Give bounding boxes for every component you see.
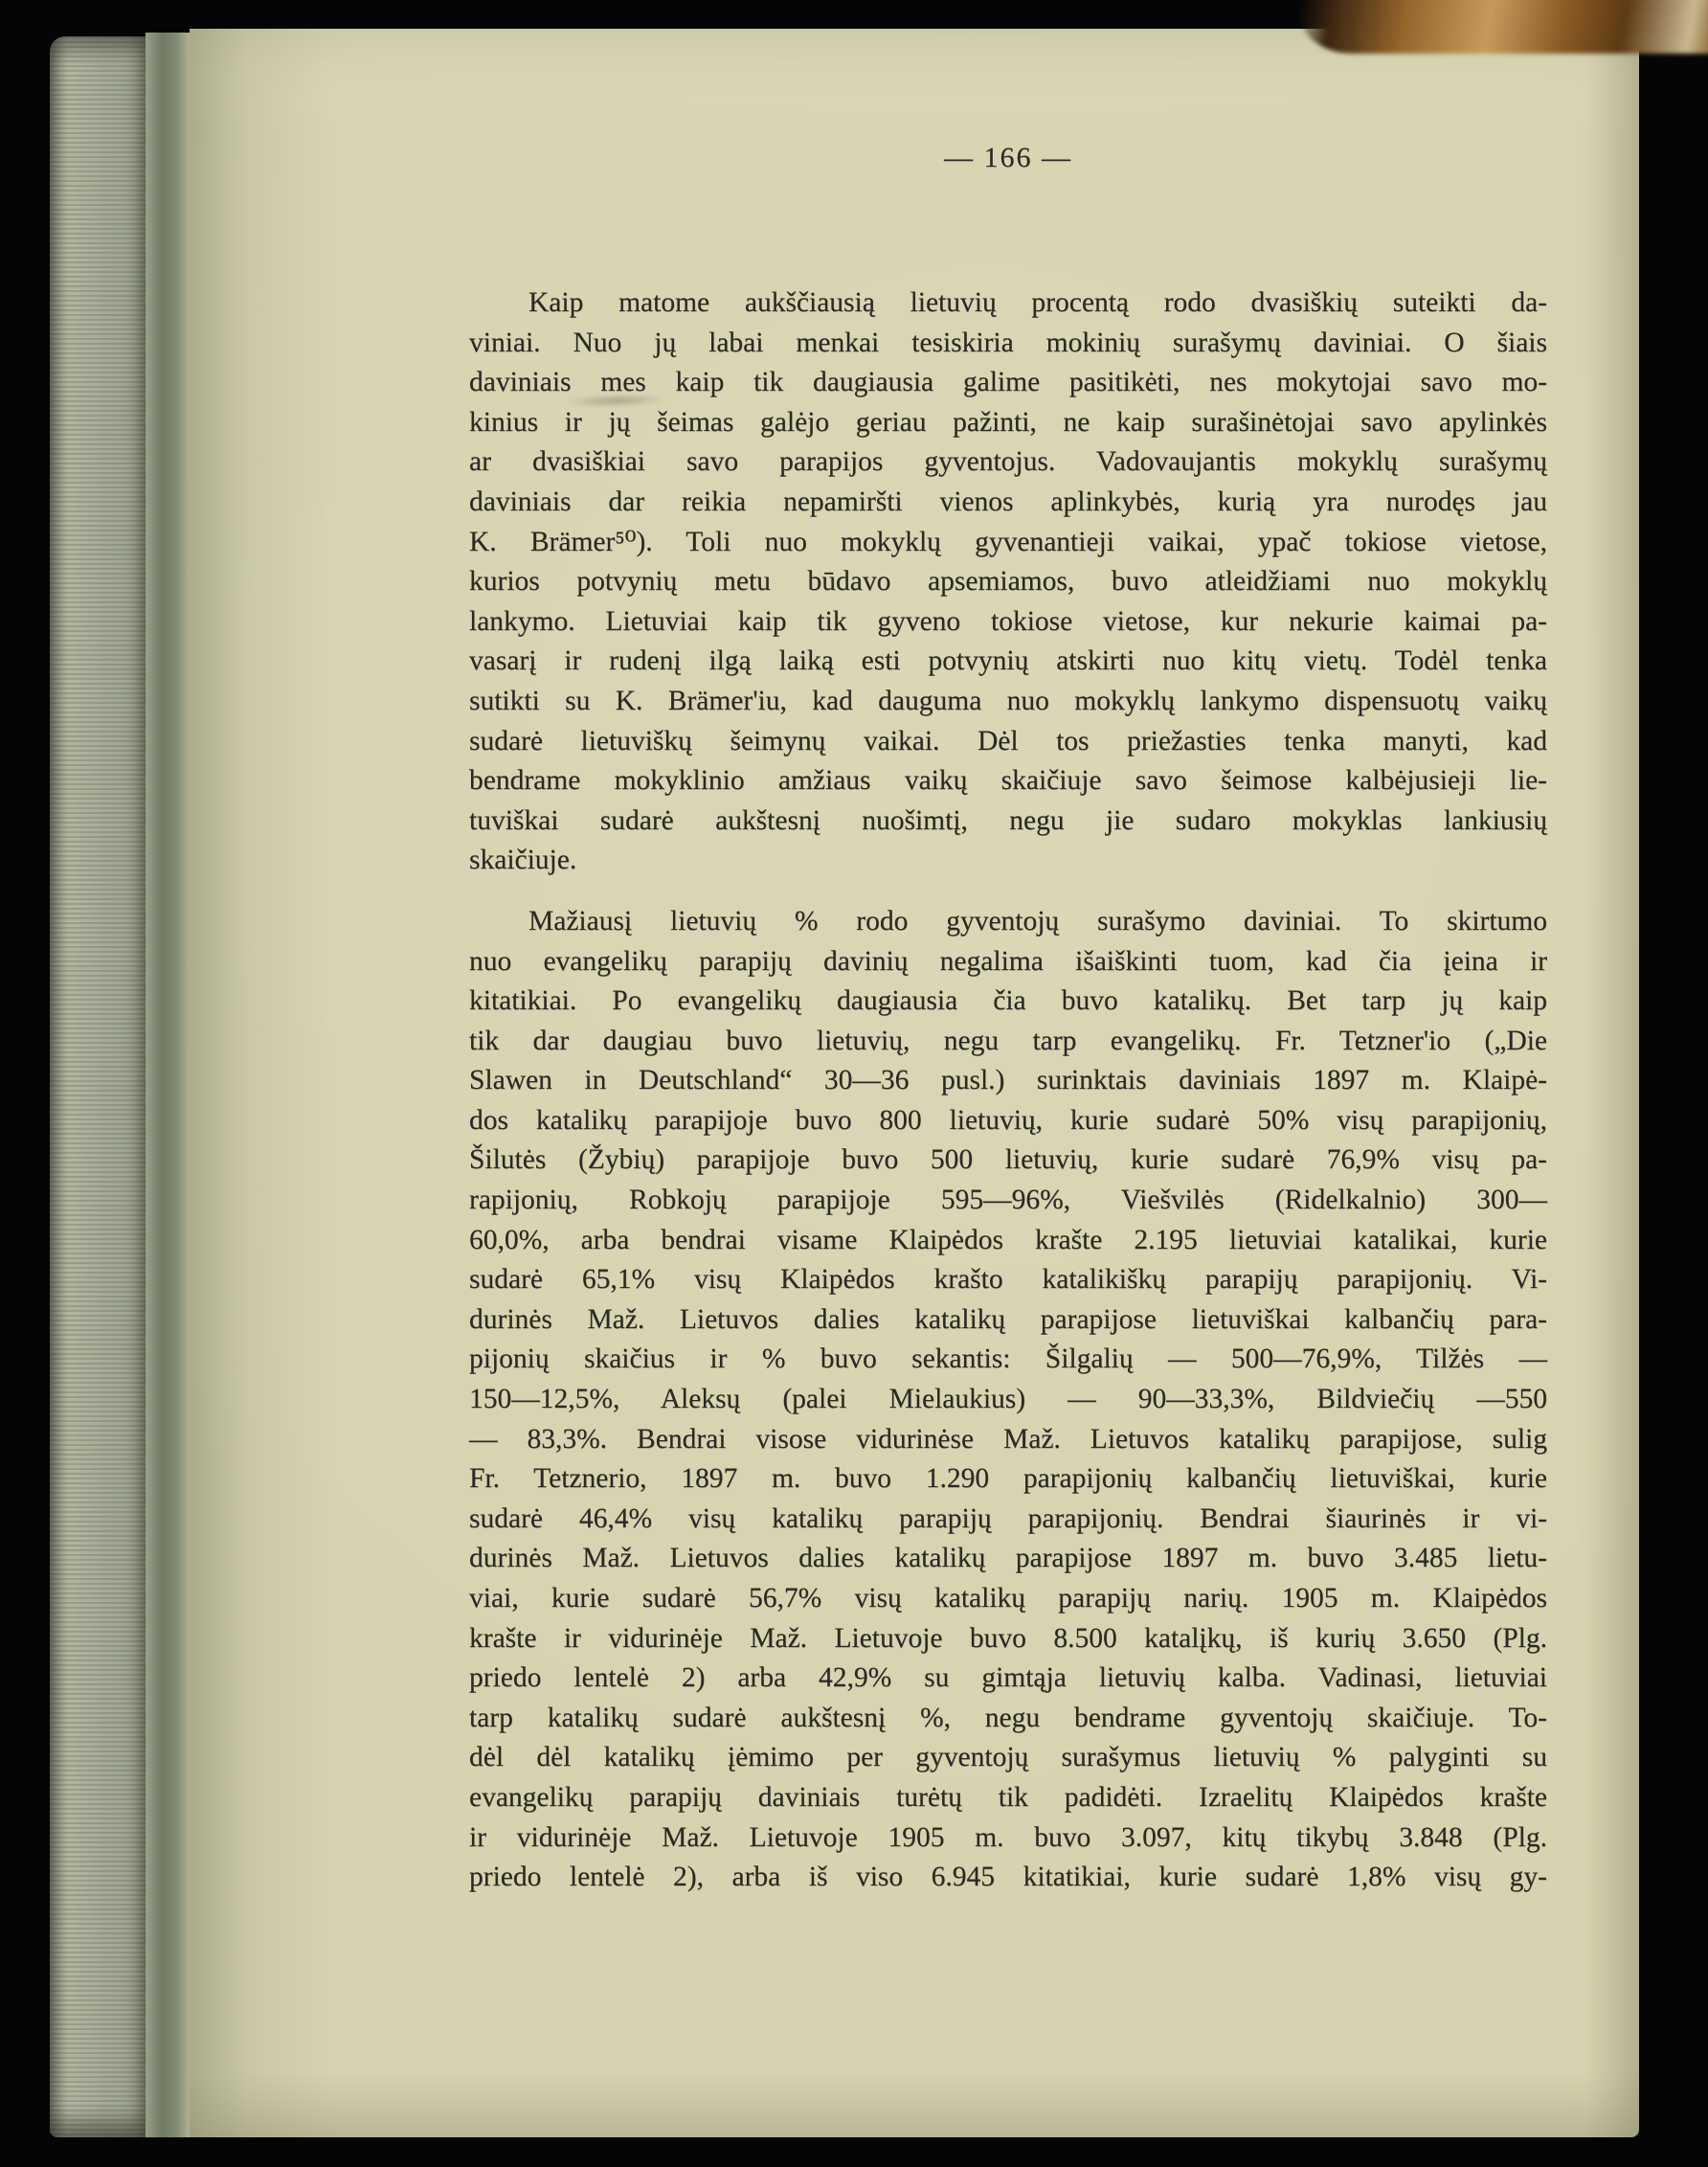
text-line: priedo lentelė 2), arba iš viso 6.945 ki… <box>469 1858 1547 1898</box>
text-line: ar dvasiškiai savo parapijos gyventojus.… <box>469 442 1547 483</box>
book-corner-fragment <box>1300 0 1708 54</box>
text-line: Šilutės (Žybių) parapijoje buvo 500 liet… <box>469 1140 1547 1181</box>
text-line: skaičiuje. <box>469 841 1547 881</box>
paragraph: Kaip matome aukščiausią lietuvių procent… <box>469 283 1547 881</box>
text-line: daviniais mes kaip tik daugiausia galime… <box>469 363 1547 403</box>
text-line: kinius ir jų šeimas galėjo geriau pažint… <box>469 403 1547 443</box>
text-line: daviniais dar reikia nepamiršti vienos a… <box>469 483 1547 523</box>
book-spine-page-edges <box>50 36 146 2137</box>
text-line: Fr. Tetznerio, 1897 m. buvo 1.290 parapi… <box>469 1459 1547 1500</box>
text-line: priedo lentelė 2) arba 42,9% su gimtąja … <box>469 1659 1547 1699</box>
text-line: Kaip matome aukščiausią lietuvių procent… <box>469 283 1547 324</box>
paragraph: Mažiausį lietuvių % rodo gyventojų suraš… <box>469 902 1547 1898</box>
text-line: nuo evangelikų parapijų davinių negalima… <box>469 942 1547 982</box>
text-line: sudarė lietuviškų šeimynų vaikai. Dėl to… <box>469 722 1547 762</box>
text-line: 60,0%, arba bendrai visame Klaipėdos kra… <box>469 1221 1547 1261</box>
text-line: tik dar daugiau buvo lietuvių, negu tarp… <box>469 1022 1547 1062</box>
page-number: — 166 — <box>469 142 1547 174</box>
text-line: lankymo. Lietuviai kaip tik gyveno tokio… <box>469 602 1547 643</box>
text-line: ir vidurinėje Maž. Lietuvoje 1905 m. buv… <box>469 1818 1547 1859</box>
text-line: bendrame mokyklinio amžiaus vaikų skaiči… <box>469 761 1547 801</box>
text-line: sudarė 65,1% visų Klaipėdos krašto katal… <box>469 1260 1547 1300</box>
text-line: viai, kurie sudarė 56,7% visų katalikų p… <box>469 1579 1547 1619</box>
text-line: sudarė 46,4% visų katalikų parapijų para… <box>469 1500 1547 1540</box>
text-line: vasarį ir rudenį ilgą laiką esti potvyni… <box>469 642 1547 682</box>
text-block: Kaip matome aukščiausią lietuvių procent… <box>469 283 1547 1898</box>
book-scan: — 166 — Kaip matome aukščiausią lietuvių… <box>0 0 1708 2167</box>
text-line: tuviškai sudarė aukštesnį nuošimtį, negu… <box>469 801 1547 842</box>
text-line: Slawen in Deutschland“ 30—36 pusl.) suri… <box>469 1061 1547 1101</box>
text-line: Mažiausį lietuvių % rodo gyventojų suraš… <box>469 902 1547 942</box>
text-line: sutikti su K. Brämer'iu, kad dauguma nuo… <box>469 682 1547 722</box>
text-line: viniai. Nuo jų labai menkai tesiskiria m… <box>469 324 1547 364</box>
book-gutter-shadow <box>146 33 190 2137</box>
page-sheet: — 166 — Kaip matome aukščiausią lietuvių… <box>190 29 1639 2137</box>
text-line: K. Brämer⁵⁰). Toli nuo mokyklų gyvenanti… <box>469 523 1547 563</box>
text-line: 150—12,5%, Aleksų (palei Mielaukius) — 9… <box>469 1380 1547 1420</box>
text-line: dos katalikų parapijoje buvo 800 lietuvi… <box>469 1101 1547 1141</box>
text-line: krašte ir vidurinėje Maž. Lietuvoje buvo… <box>469 1619 1547 1659</box>
text-line: durinės Maž. Lietuvos dalies katalikų pa… <box>469 1539 1547 1579</box>
text-line: — 83,3%. Bendrai visose vidurinėse Maž. … <box>469 1420 1547 1460</box>
text-line: evangelikų parapijų daviniais turėtų tik… <box>469 1778 1547 1818</box>
text-line: tarp katalikų sudarė aukštesnį %, negu b… <box>469 1699 1547 1739</box>
text-line: durinės Maž. Lietuvos dalies katalikų pa… <box>469 1300 1547 1341</box>
text-line: kurios potvynių metu būdavo apsemiamos, … <box>469 562 1547 602</box>
text-line: rapijonių, Robkojų parapijoje 595—96%, V… <box>469 1181 1547 1221</box>
text-line: kitatikiai. Po evangelikų daugiausia čia… <box>469 982 1547 1022</box>
text-line: dėl dėl katalikų įėmimo per gyventojų su… <box>469 1738 1547 1778</box>
text-line: pijonių skaičius ir % buvo sekantis: Šil… <box>469 1340 1547 1380</box>
